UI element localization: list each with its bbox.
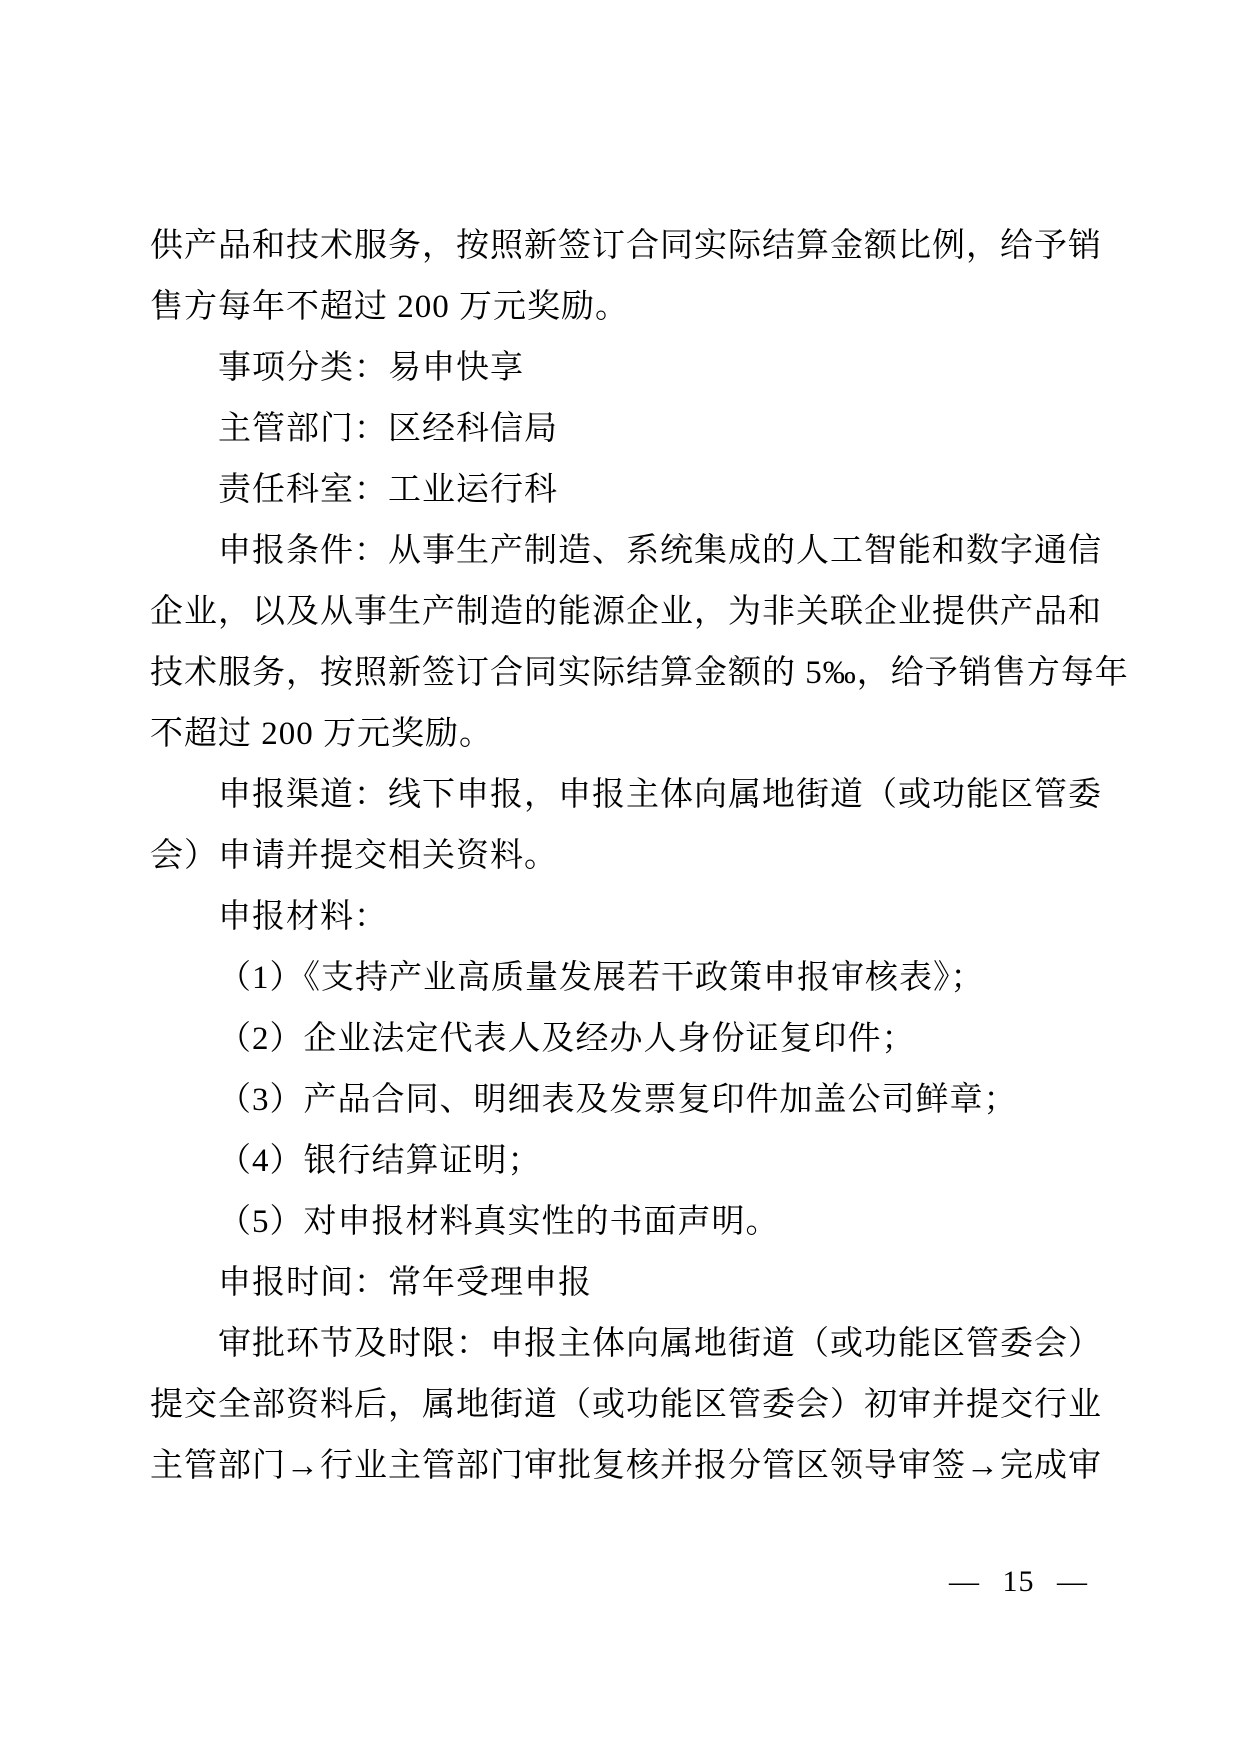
text-line: 申报时间：常年受理申报 xyxy=(150,1253,1092,1314)
text-line: 技术服务，按照新签订合同实际结算金额的 5‰，给予销售方每年 xyxy=(150,643,1092,704)
text-line: 不超过 200 万元奖励。 xyxy=(150,704,1092,765)
text-line: 审批环节及时限：申报主体向属地街道（或功能区管委会） xyxy=(150,1314,1092,1375)
text-line: 主管部门→行业主管部门审批复核并报分管区领导审签→完成审 xyxy=(150,1436,1092,1497)
text-line: （2）企业法定代表人及经办人身份证复印件； xyxy=(150,1009,1092,1070)
document-page: 供产品和技术服务，按照新签订合同实际结算金额比例，给予销售方每年不超过 200 … xyxy=(0,0,1241,1755)
document-body: 供产品和技术服务，按照新签订合同实际结算金额比例，给予销售方每年不超过 200 … xyxy=(150,216,1092,1497)
text-line: 申报条件：从事生产制造、系统集成的人工智能和数字通信 xyxy=(150,521,1092,582)
text-line: 供产品和技术服务，按照新签订合同实际结算金额比例，给予销 xyxy=(150,216,1092,277)
text-line: 售方每年不超过 200 万元奖励。 xyxy=(150,277,1092,338)
text-line: （3）产品合同、明细表及发票复印件加盖公司鲜章； xyxy=(150,1070,1092,1131)
text-line: 提交全部资料后，属地街道（或功能区管委会）初审并提交行业 xyxy=(150,1375,1092,1436)
text-line: 申报渠道：线下申报，申报主体向属地街道（或功能区管委 xyxy=(150,765,1092,826)
text-line: 申报材料： xyxy=(150,887,1092,948)
text-line: 事项分类：易申快享 xyxy=(150,338,1092,399)
text-line: （5）对申报材料真实性的书面声明。 xyxy=(150,1192,1092,1253)
text-line: 会）申请并提交相关资料。 xyxy=(150,826,1092,887)
text-line: 责任科室：工业运行科 xyxy=(150,460,1092,521)
text-line: （4）银行结算证明； xyxy=(150,1131,1092,1192)
text-line: 企业，以及从事生产制造的能源企业，为非关联企业提供产品和 xyxy=(150,582,1092,643)
page-number: — 15 — xyxy=(150,1562,1088,1602)
text-line: （1）《支持产业高质量发展若干政策申报审核表》； xyxy=(150,948,1092,1009)
text-line: 主管部门：区经科信局 xyxy=(150,399,1092,460)
